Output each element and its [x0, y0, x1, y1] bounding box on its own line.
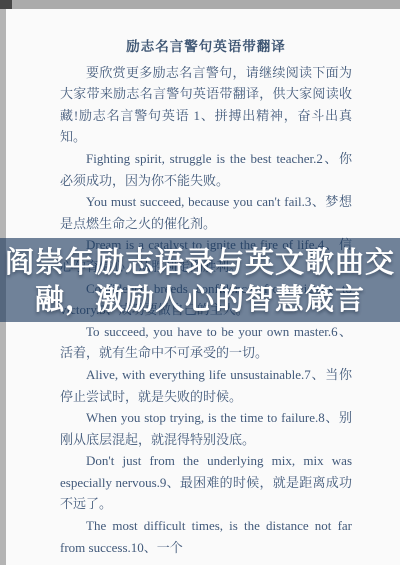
overlay-title-line-1: 阎崇年励志语录与英文歌曲交: [0, 245, 400, 282]
document-page: 励志名言警句英语带翻译 要欣赏更多励志名言警句，请继续阅读下面为大家带来励志名言…: [0, 0, 400, 565]
overlay-title-line-2: 融，激励人心的智慧箴言: [0, 282, 400, 319]
paragraph-quote-10: The most difficult times, is the distanc…: [60, 515, 352, 558]
paragraph-intro: 要欣赏更多励志名言警句，请继续阅读下面为大家带来励志名言警句英语带翻译，供大家阅…: [60, 62, 352, 148]
paragraph-quote-7: Alive, with everything life unsustainabl…: [60, 364, 352, 407]
paragraph-quote-6: To succeed, you have to be your own mast…: [60, 321, 352, 364]
paragraph-quote-2: Fighting spirit, struggle is the best te…: [60, 148, 352, 191]
paragraph-quote-9: Don't just from the underlying mix, mix …: [60, 450, 352, 515]
paragraph-quote-8: When you stop trying, is the time to fai…: [60, 407, 352, 450]
top-bar: [0, 0, 400, 9]
top-bar-corner: [0, 0, 12, 9]
document-title: 励志名言警句英语带翻译: [60, 36, 352, 58]
overlay-title-banner: 阎崇年励志语录与英文歌曲交 融，激励人心的智慧箴言: [0, 238, 400, 322]
paragraph-quote-3: You must succeed, because you can't fail…: [60, 191, 352, 234]
